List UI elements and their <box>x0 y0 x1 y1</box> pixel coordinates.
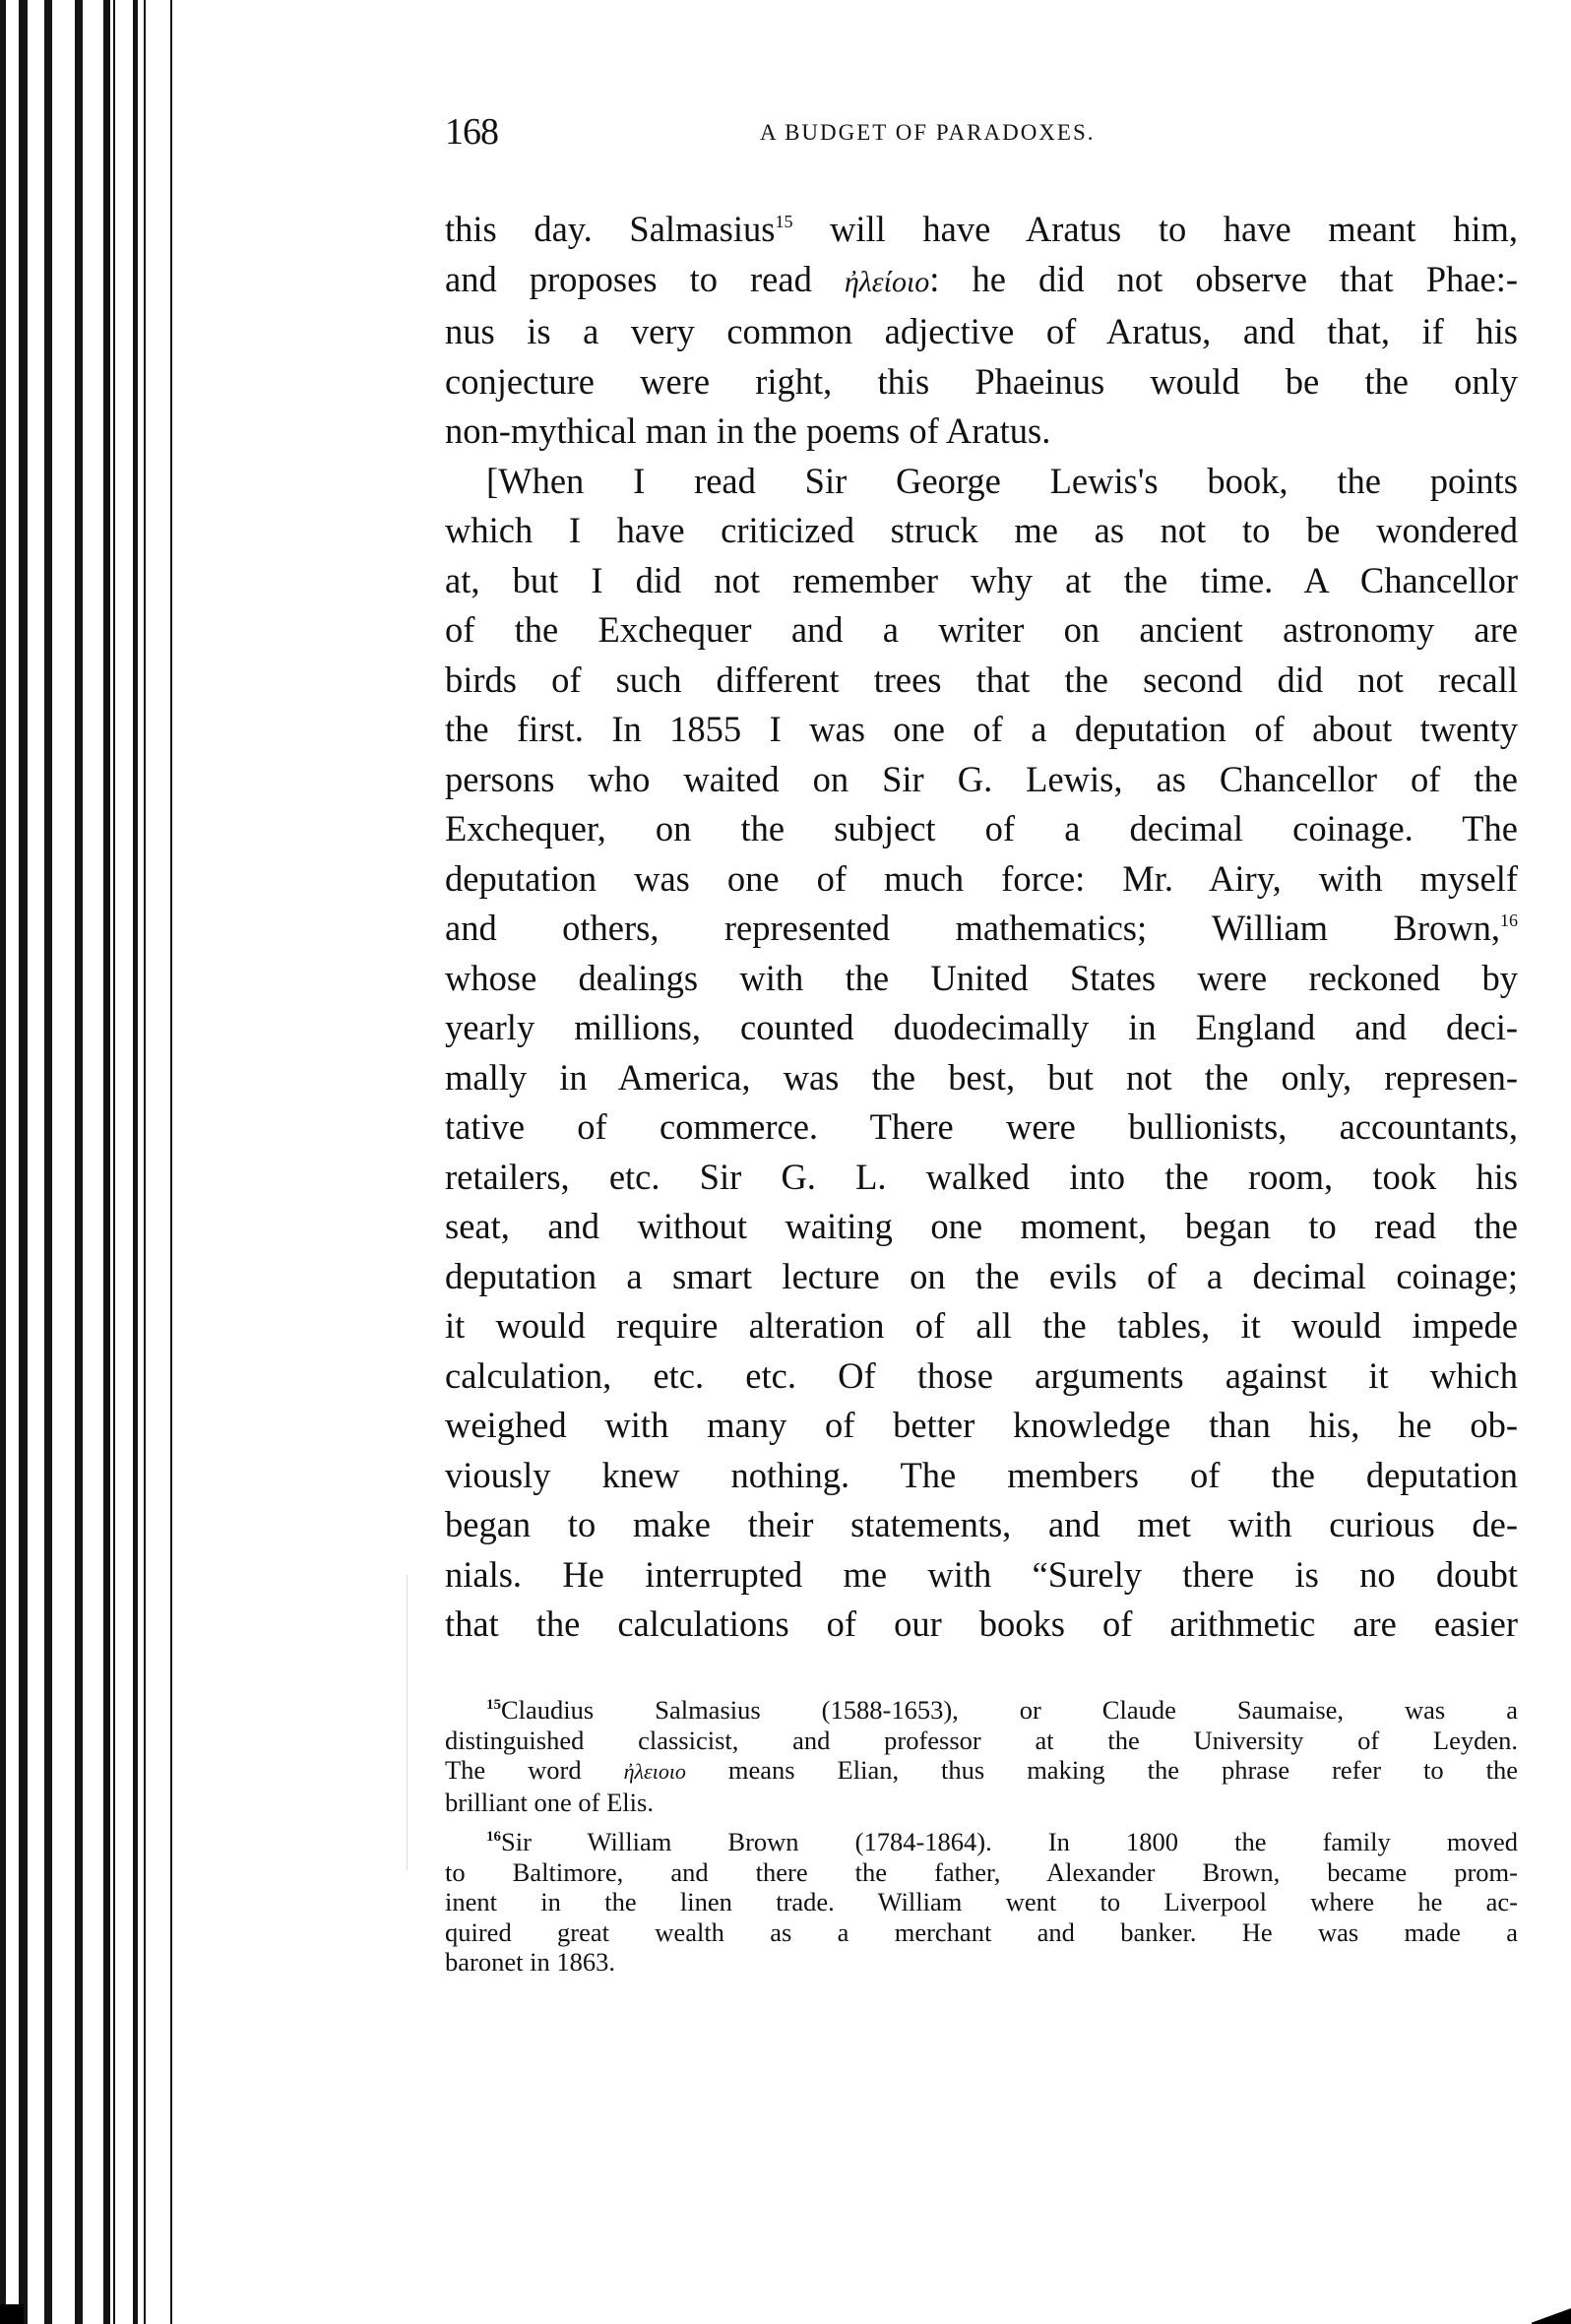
text-line: yearly millions, counted duodecimally in… <box>445 1003 1518 1053</box>
footnotes: 15Claudius Salmasius (1588-1653), or Cla… <box>445 1695 1518 1987</box>
text-line: of the Exchequer and a writer on ancient… <box>445 605 1518 656</box>
text-line: it would require alteration of all the t… <box>445 1301 1518 1351</box>
greek-word: ἠλείοιο <box>845 266 929 298</box>
paragraph-1: this day. Salmasius15 will have Aratus t… <box>445 205 1518 457</box>
footnote-mark: 15 <box>486 1697 501 1713</box>
text-line: calculation, etc. etc. Of those argument… <box>445 1351 1518 1402</box>
text-line: at, but I did not remember why at the ti… <box>445 556 1518 606</box>
text-line: viously knew nothing. The members of the… <box>445 1451 1518 1501</box>
footnote-16: 16Sir William Brown (1784-1864). In 1800… <box>445 1827 1518 1978</box>
body-text: this day. Salmasius15 will have Aratus t… <box>445 205 1518 1650</box>
text-line: persons who waited on Sir G. Lewis, as C… <box>445 755 1518 805</box>
text-line: retailers, etc. Sir G. L. walked into th… <box>445 1153 1518 1203</box>
footnote-line: inent in the linen trade. William went t… <box>445 1887 1518 1917</box>
page-number: 168 <box>445 110 498 154</box>
text-line: and proposes to read ἠλείοιο: he did not… <box>445 255 1518 308</box>
text-line: tative of commerce. There were bullionis… <box>445 1102 1518 1153</box>
footnote-line: distinguished classicist, and professor … <box>445 1726 1518 1756</box>
text-line: conjecture were right, this Phaeinus wou… <box>445 357 1518 408</box>
text-line: nials. He interrupted me with “Surely th… <box>445 1550 1518 1601</box>
text-line: [When I read Sir George Lewis's book, th… <box>445 457 1518 507</box>
greek-word: ἠλειοιο <box>624 1759 686 1784</box>
text-line: the first. In 1855 I was one of a deputa… <box>445 705 1518 755</box>
footnote-mark: 16 <box>486 1829 501 1845</box>
book-binding-edge <box>0 0 197 2324</box>
footnote-line: brilliant one of Elis. <box>445 1788 1518 1818</box>
footnote-15: 15Claudius Salmasius (1588-1653), or Cla… <box>445 1695 1518 1817</box>
footnote-line: 15Claudius Salmasius (1588-1653), or Cla… <box>445 1695 1518 1726</box>
text-line: this day. Salmasius15 will have Aratus t… <box>445 205 1518 255</box>
footnote-ref-15[interactable]: 15 <box>775 212 792 231</box>
text-line: weighed with many of better knowledge th… <box>445 1401 1518 1451</box>
running-head: A BUDGET OF PARADOXES. <box>760 120 1096 146</box>
binding-shadow <box>0 2304 24 2324</box>
text-line: which I have criticized struck me as not… <box>445 506 1518 556</box>
text-line: Exchequer, on the subject of a decimal c… <box>445 804 1518 854</box>
page-header: 168 A BUDGET OF PARADOXES. <box>445 110 1528 159</box>
text-line: seat, and without waiting one moment, be… <box>445 1202 1518 1252</box>
footnote-line: quired great wealth as a merchant and ba… <box>445 1917 1518 1948</box>
text-line: nus is a very common adjective of Aratus… <box>445 307 1518 357</box>
text-line: that the calculations of our books of ar… <box>445 1600 1518 1650</box>
page-corner-shadow <box>1532 2306 1571 2324</box>
text-line: non-mythical man in the poems of Aratus. <box>445 407 1518 457</box>
footnote-line: to Baltimore, and there the father, Alex… <box>445 1857 1518 1888</box>
text-line: began to make their statements, and met … <box>445 1500 1518 1550</box>
text-line: birds of such different trees that the s… <box>445 656 1518 706</box>
text-line: whose dealings with the United States we… <box>445 954 1518 1004</box>
text-line: deputation was one of much force: Mr. Ai… <box>445 854 1518 905</box>
scan-artifact-line <box>407 1575 408 1870</box>
text-line: deputation a smart lecture on the evils … <box>445 1252 1518 1302</box>
text-line: mally in America, was the best, but not … <box>445 1053 1518 1103</box>
footnote-ref-16[interactable]: 16 <box>1500 911 1518 930</box>
footnote-line: 16Sir William Brown (1784-1864). In 1800… <box>445 1827 1518 1857</box>
text-line: and others, represented mathematics; Wil… <box>445 904 1518 954</box>
paragraph-2: [When I read Sir George Lewis's book, th… <box>445 457 1518 1650</box>
footnote-line: The word ἠλειοιο means Elian, thus makin… <box>445 1755 1518 1788</box>
footnote-line: baronet in 1863. <box>445 1947 1518 1978</box>
